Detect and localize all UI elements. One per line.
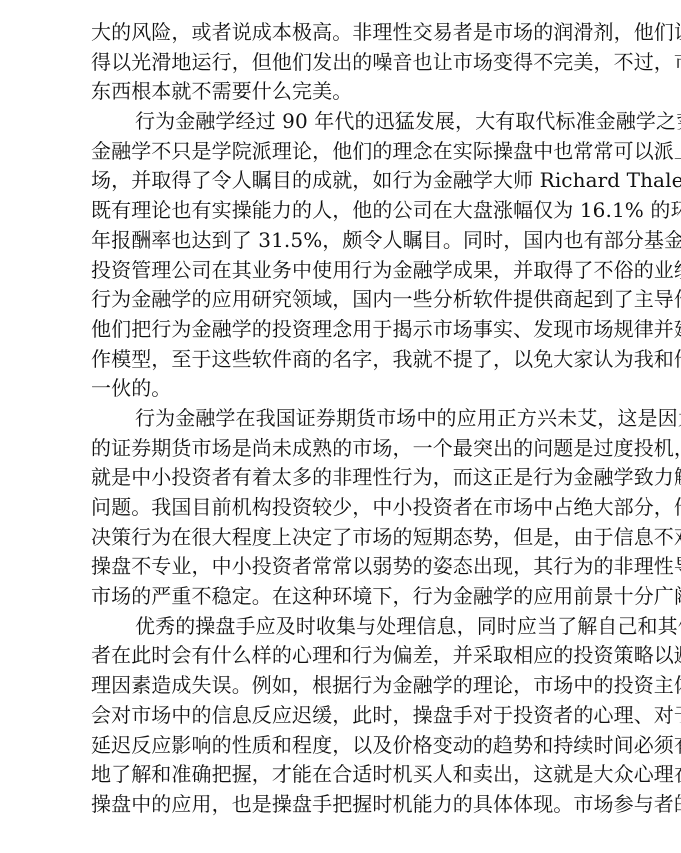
text-line: 操盘中的应用，也是操盘手把握时机能力的具体体现。市场参与者的非理: [91, 790, 636, 820]
text-line: 者在此时会有什么样的心理和行为偏差，并采取相应的投资策略以避免心: [91, 641, 636, 671]
text-line: 年报酬率也达到了 31.5%，颇令人瞩目。同时，国内也有部分基金公司和: [91, 226, 636, 256]
text-line: 行为金融学在我国证券期货市场中的应用正方兴未艾，这是因为中国: [91, 404, 636, 434]
text-line: 东西根本就不需要什么完美。: [91, 77, 636, 107]
text-line: 问题。我国目前机构投资较少，中小投资者在市场中占绝大部分，他们的: [91, 493, 636, 523]
text-line: 他们把行为金融学的投资理念用于揭示市场事实、发现市场规律并建立操: [91, 315, 636, 345]
text-line: 金融学不只是学院派理论，他们的理念在实际操盘中也常常可以派上用: [91, 137, 636, 167]
text-line: 就是中小投资者有着太多的非理性行为，而这正是行为金融学致力解决的: [91, 463, 636, 493]
text-line: 会对市场中的信息反应迟缓，此时，操盘手对于投资者的心理、对于市场: [91, 701, 636, 731]
document-page: 大的风险，或者说成本极高。非理性交易者是市场的润滑剂，他们让市场 得以光滑地运行…: [91, 18, 636, 820]
paragraph: 行为金融学经过 90 年代的迅猛发展，大有取代标准金融学之势。行为 金融学不只是…: [91, 107, 636, 404]
text-line: 一伙的。: [91, 374, 636, 404]
text-line: 市场的严重不稳定。在这种环境下，行为金融学的应用前景十分广阔。: [91, 582, 636, 612]
paragraph: 行为金融学在我国证券期货市场中的应用正方兴未艾，这是因为中国 的证券期货市场是尚…: [91, 404, 636, 612]
text-line: 决策行为在很大程度上决定了市场的短期态势，但是，由于信息不对称和: [91, 523, 636, 553]
text-line: 大的风险，或者说成本极高。非理性交易者是市场的润滑剂，他们让市场: [91, 18, 636, 48]
text-line: 投资管理公司在其业务中使用行为金融学成果，并取得了不俗的业绩。在: [91, 256, 636, 286]
text-line: 优秀的操盘手应及时收集与处理信息，同时应当了解自己和其他投资: [91, 612, 636, 642]
paragraph: 大的风险，或者说成本极高。非理性交易者是市场的润滑剂，他们让市场 得以光滑地运行…: [91, 18, 636, 107]
text-line: 作模型，至于这些软件商的名字，我就不提了，以免大家认为我和他们是: [91, 345, 636, 375]
text-line: 得以光滑地运行，但他们发出的噪音也让市场变得不完美，不过，市场这: [91, 48, 636, 78]
text-line: 的证券期货市场是尚未成熟的市场，一个最突出的问题是过度投机，原因: [91, 434, 636, 464]
text-line: 操盘不专业，中小投资者常常以弱势的姿态出现，其行为的非理性导致了: [91, 552, 636, 582]
paragraph: 优秀的操盘手应及时收集与处理信息，同时应当了解自己和其他投资 者在此时会有什么样…: [91, 612, 636, 820]
text-line: 既有理论也有实操能力的人，他的公司在大盘涨幅仅为 16.1% 的环境下，: [91, 196, 636, 226]
text-line: 场，并取得了令人瞩目的成就，如行为金融学大师 Richard Thaler 就是…: [91, 166, 636, 196]
text-line: 地了解和准确把握，才能在合适时机买人和卖出，这就是大众心理在投资: [91, 760, 636, 790]
text-line: 行为金融学的应用研究领域，国内一些分析软件提供商起到了主导作用，: [91, 285, 636, 315]
text-line: 延迟反应影响的性质和程度，以及价格变动的趋势和持续时间必须有深刻: [91, 731, 636, 761]
text-line: 行为金融学经过 90 年代的迅猛发展，大有取代标准金融学之势。行为: [91, 107, 636, 137]
text-line: 理因素造成失误。例如，根据行为金融学的理论，市场中的投资主体可能: [91, 671, 636, 701]
